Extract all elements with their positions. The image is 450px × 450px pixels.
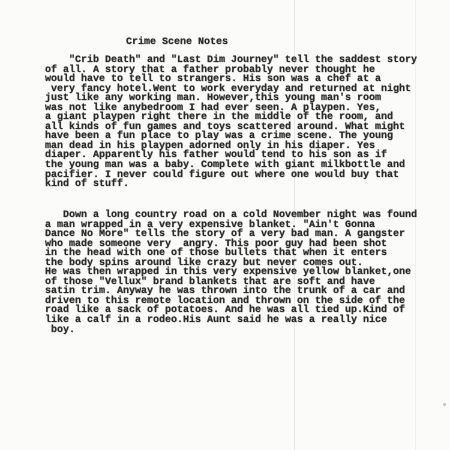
- text-line: kind of stuff.: [45, 180, 417, 190]
- paper-speck: [443, 403, 446, 406]
- text-line: like a calf in a rodeo.His Aunt said he …: [45, 316, 417, 326]
- scanned-document-page: Crime Scene Notes "Crib Death" and "Last…: [0, 0, 450, 450]
- paragraph-country-road: Down a long country road on a cold Novem…: [45, 211, 417, 335]
- text-line: boy.: [45, 326, 417, 336]
- paragraph-crib-death: "Crib Death" and "Last Dim Journey" tell…: [45, 56, 417, 190]
- document-title: Crime Scene Notes: [126, 38, 228, 48]
